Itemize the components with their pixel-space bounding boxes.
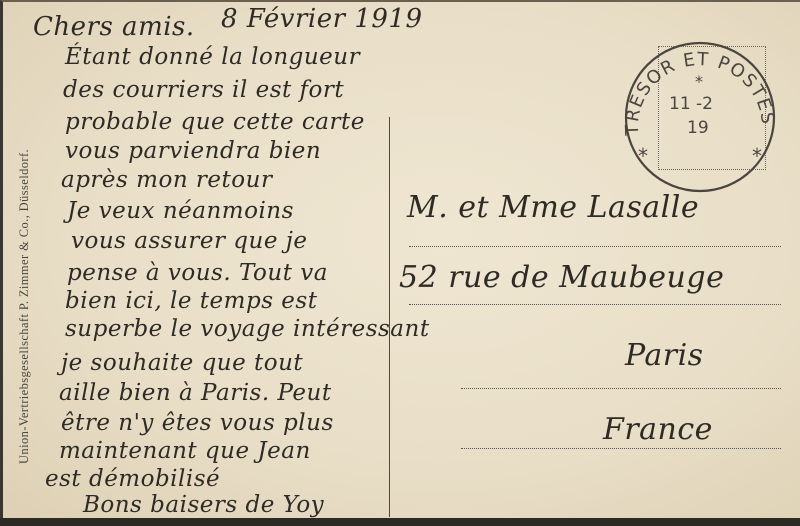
message-line: probable que cette carte xyxy=(65,109,365,135)
message-line: est démobilisé xyxy=(45,466,220,492)
svg-text:*: * xyxy=(638,144,648,168)
postmark-star: * xyxy=(695,72,703,91)
address-name: M. et Mme Lasalle xyxy=(407,190,699,225)
address-street: 52 rue de Maubeuge xyxy=(399,260,724,295)
address-rule-3 xyxy=(461,388,781,389)
postcard-back: Union-Vertriebsgesellschaft P. Zimmer & … xyxy=(0,0,800,520)
center-divider xyxy=(389,117,390,517)
address-country: France xyxy=(603,412,713,447)
postmark-date: 11 -2 xyxy=(669,94,713,114)
message-line: après mon retour xyxy=(61,167,272,193)
message-line: vous parviendra bien xyxy=(65,138,321,164)
message-date: 8 Février 1919 xyxy=(221,4,423,34)
postmark-year: 19 xyxy=(687,118,709,138)
address-rule-1 xyxy=(409,246,781,247)
svg-text:*: * xyxy=(752,144,762,168)
publisher-imprint: Union-Vertriebsgesellschaft P. Zimmer & … xyxy=(17,149,32,464)
message-line: Étant donné la longueur xyxy=(65,44,360,70)
message-line: maintenant que Jean xyxy=(59,438,311,464)
message-line: pense à vous. Tout va xyxy=(67,260,328,286)
message-signoff: Bons baisers de Yoy xyxy=(83,492,324,518)
postmark: TRESOR ET POSTES * * xyxy=(620,37,780,197)
address-city: Paris xyxy=(625,338,704,373)
message-line: Je veux néanmoins xyxy=(67,198,294,224)
message-line: superbe le voyage intéressant xyxy=(65,316,430,342)
address-rule-2 xyxy=(409,304,781,305)
scan-edge xyxy=(0,518,800,526)
message-line: je souhaite que tout xyxy=(61,350,303,376)
message-line: aille bien à Paris. Peut xyxy=(59,380,332,406)
message-line: bien ici, le temps est xyxy=(65,288,317,314)
message-greeting: Chers amis. xyxy=(33,12,195,42)
message-line: des courriers il est fort xyxy=(63,77,344,103)
message-line: vous assurer que je xyxy=(71,228,308,254)
message-line: être n'y êtes vous plus xyxy=(61,410,334,436)
address-rule-4 xyxy=(461,448,781,449)
